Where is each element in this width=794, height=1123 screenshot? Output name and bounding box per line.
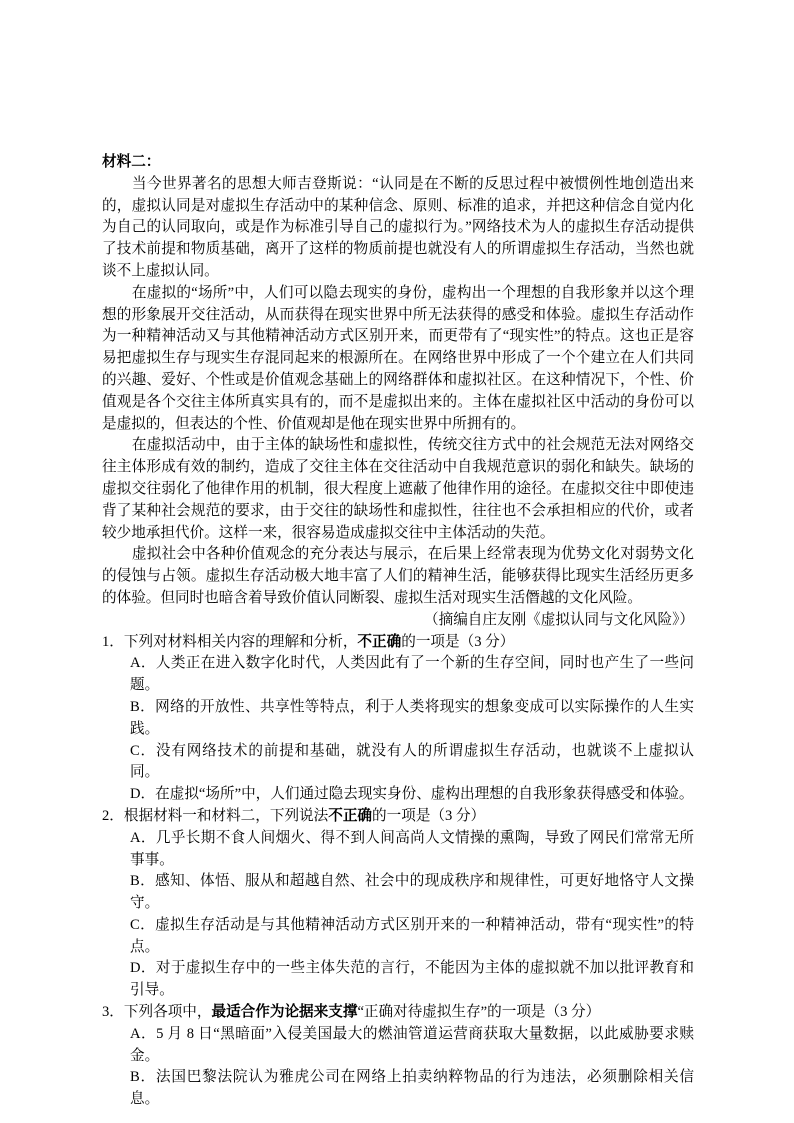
- option-text: 人类正在进入数字化时代，人类因此有了一个新的生存空间，同时也产生了一些问题。: [130, 655, 694, 693]
- question-1-stem-pre: 下列对材料相关内容的理解和分析，: [124, 634, 358, 650]
- material-paragraph-2: 在虚拟的“场所”中，人们可以隐去现实的身份，虚构出一个理想的自我形象并以这个理想…: [102, 283, 694, 436]
- question-3: 3．下列各项中，最适合作为论据来支撑“正确对待虚拟生存”的一项是（3 分） A．…: [102, 1002, 694, 1111]
- question-2-stem: 2．根据材料一和材料二，下列说法不正确的一项是（3 分）: [102, 806, 694, 828]
- option-label: D．: [130, 786, 155, 802]
- option-label: B．: [130, 873, 155, 889]
- question-1-option-d: D．在虚拟“场所”中，人们通过隐去现实身份、虚构出理想的自我形象获得感受和体验。: [102, 784, 694, 806]
- option-text: 在虚拟“场所”中，人们通过隐去现实身份、虚构出理想的自我形象获得感受和体验。: [155, 786, 693, 802]
- option-text: 对于虚拟生存中的一些主体失范的言行，不能因为主体的虚拟就不加以批评教育和引导。: [130, 960, 694, 998]
- question-1-stem: 1．下列对材料相关内容的理解和分析，不正确的一项是（3 分）: [102, 632, 694, 654]
- question-2-stem-pre: 根据材料一和材料二，下列说法: [124, 808, 328, 824]
- option-label: B．: [130, 699, 155, 715]
- option-text: 虚拟生存活动是与其他精神活动方式区别开来的一种精神活动，带有“现实性”的特点。: [130, 917, 694, 955]
- option-text: 几乎长期不食人间烟火、得不到人间高尚人文情操的熏陶，导致了网民们常常无所事事。: [130, 830, 694, 868]
- question-2-option-d: D．对于虚拟生存中的一些主体失范的言行，不能因为主体的虚拟就不加以批评教育和引导…: [102, 958, 694, 1002]
- question-1-stem-post: 的一项是（3 分）: [401, 634, 514, 650]
- question-3-stem: 3．下列各项中，最适合作为论据来支撑“正确对待虚拟生存”的一项是（3 分）: [102, 1002, 694, 1024]
- question-1-number: 1．: [102, 634, 124, 650]
- material-paragraph-1: 当今世界著名的思想大师吉登斯说：“认同是在不断的反思过程中被惯例性地创造出来的，…: [102, 174, 694, 283]
- question-1-option-b: B．网络的开放性、共享性等特点，利于人类将现实的想象变成可以实际操作的人生实践。: [102, 697, 694, 741]
- material-paragraph-4: 虚拟社会中各种价值观念的充分表达与展示，在后果上经常表现为优势文化对弱势文化的侵…: [102, 544, 694, 609]
- option-text: 没有网络技术的前提和基础，就没有人的所谓虚拟生存活动，也就谈不上虚拟认同。: [130, 743, 694, 781]
- option-text: 网络的开放性、共享性等特点，利于人类将现实的想象变成可以实际操作的人生实践。: [130, 699, 694, 737]
- question-2-option-b: B．感知、体悟、服从和超越自然、社会中的现成秩序和规律性，可更好地恪守人文操守。: [102, 871, 694, 915]
- question-1-option-a: A．人类正在进入数字化时代，人类因此有了一个新的生存空间，同时也产生了一些问题。: [102, 653, 694, 697]
- question-1: 1．下列对材料相关内容的理解和分析，不正确的一项是（3 分） A．人类正在进入数…: [102, 632, 694, 806]
- exam-page: 材料二： 当今世界著名的思想大师吉登斯说：“认同是在不断的反思过程中被惯例性地创…: [0, 0, 794, 1123]
- option-label: C．: [130, 917, 155, 933]
- question-3-stem-pre: 下列各项中，: [124, 1004, 212, 1020]
- option-label: A．: [130, 655, 156, 671]
- question-2-number: 2．: [102, 808, 124, 824]
- question-2-option-a: A．几乎长期不食人间烟火、得不到人间高尚人文情操的熏陶，导致了网民们常常无所事事…: [102, 828, 694, 872]
- material-paragraph-3: 在虚拟活动中，由于主体的缺场性和虚拟性，传统交往方式中的社会规范无法对网络交往主…: [102, 435, 694, 544]
- question-3-stem-post: “正确对待虚拟生存”的一项是（3 分）: [357, 1004, 600, 1020]
- option-text: 5 月 8 日“黑暗面”入侵美国最大的燃油管道运营商获取大量数据，以此威胁要求赎…: [130, 1026, 694, 1064]
- question-1-stem-bold: 不正确: [357, 634, 401, 650]
- option-text: 感知、体悟、服从和超越自然、社会中的现成秩序和规律性，可更好地恪守人文操守。: [130, 873, 694, 911]
- question-3-option-a: A．5 月 8 日“黑暗面”入侵美国最大的燃油管道运营商获取大量数据，以此威胁要…: [102, 1024, 694, 1068]
- option-label: B．: [130, 1069, 156, 1085]
- document-body: 材料二： 当今世界著名的思想大师吉登斯说：“认同是在不断的反思过程中被惯例性地创…: [102, 152, 694, 1111]
- question-3-option-b: B．法国巴黎法院认为雅虎公司在网络上拍卖纳粹物品的行为违法，必须删除相关信息。: [102, 1067, 694, 1111]
- material-heading: 材料二：: [102, 152, 694, 174]
- question-3-number: 3．: [102, 1004, 124, 1020]
- question-2-option-c: C．虚拟生存活动是与其他精神活动方式区别开来的一种精神活动，带有“现实性”的特点…: [102, 915, 694, 959]
- question-3-stem-bold: 最适合作为论据来支撑: [211, 1004, 357, 1020]
- question-2: 2．根据材料一和材料二，下列说法不正确的一项是（3 分） A．几乎长期不食人间烟…: [102, 806, 694, 1002]
- option-text: 法国巴黎法院认为雅虎公司在网络上拍卖纳粹物品的行为违法，必须删除相关信息。: [130, 1069, 694, 1107]
- option-label: A．: [130, 1026, 156, 1042]
- question-1-option-c: C．没有网络技术的前提和基础，就没有人的所谓虚拟生存活动，也就谈不上虚拟认同。: [102, 741, 694, 785]
- question-2-stem-bold: 不正确: [328, 808, 372, 824]
- option-label: C．: [130, 743, 156, 759]
- option-label: D．: [130, 960, 156, 976]
- source-attribution: （摘编自庄友刚《虚拟认同与文化风险》）: [102, 610, 694, 632]
- question-2-stem-post: 的一项是（3 分）: [372, 808, 485, 824]
- option-label: A．: [130, 830, 156, 846]
